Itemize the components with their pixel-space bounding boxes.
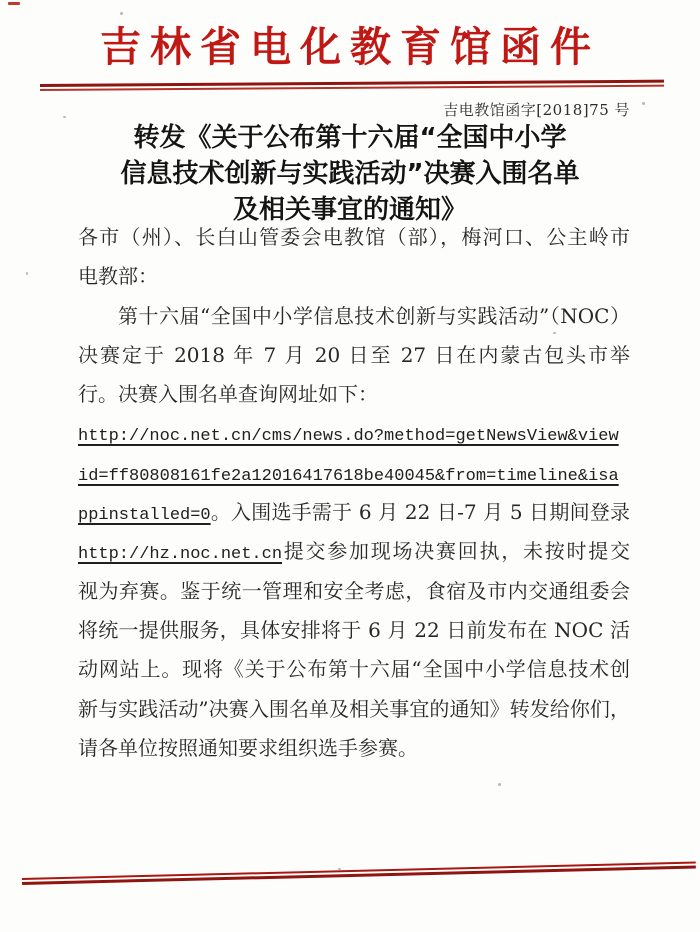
- body-text: 视为弃赛。鉴于统一管理和安全考虑，食宿及市内交通组委会: [78, 579, 630, 603]
- body-line: 将统一提供服务，具体安排将于 6 月 22 日前发布在 NOC 活: [78, 611, 630, 650]
- scan-speck: [8, 2, 20, 5]
- body-line: http://noc.net.cn/cms/news.do?method=get…: [78, 414, 630, 453]
- body-text: 请各单位按照通知要求组织选手参赛。: [78, 736, 418, 760]
- body-line: id=ff80808161fe2a12016417618be40045&from…: [78, 454, 630, 493]
- header-red-divider: [40, 80, 664, 91]
- body-line: 各市（州）、长白山管委会电教馆（部），梅河口、公主岭市: [78, 218, 630, 257]
- body-text: 新与实践活动”决赛入围名单及相关事宜的通知》转发给你们，: [78, 697, 630, 721]
- scan-speck: [338, 868, 341, 870]
- body-text: 第十六届“全国中小学信息技术创新与实践活动”（NOC）: [118, 304, 630, 328]
- body-text: 提交参加现场决赛回执，未按时提交: [282, 539, 630, 563]
- body-text: 将统一提供服务，具体安排将于 6 月 22 日前发布在 NOC 活: [78, 618, 630, 642]
- scan-speck: [26, 272, 28, 275]
- scan-speck: [63, 116, 66, 118]
- title-line: 信息技术创新与实践活动”决赛入围名单: [30, 156, 670, 192]
- scan-speck: [498, 783, 501, 786]
- document-page: 吉林省电化教育馆函件 吉电教馆函字[2018]75 号 转发《关于公布第十六届“…: [0, 0, 700, 932]
- body-line: 行。决赛入围名单查询网址如下：: [78, 375, 630, 414]
- body-text: 。入围选手需于 6 月 22 日-7 月 5 日期间登录: [211, 500, 630, 524]
- body-text: 决赛定于 2018 年 7 月 20 日至 27 日在内蒙古包头市举: [78, 343, 630, 367]
- body-line: 电教部：: [78, 257, 630, 296]
- body-line: http://hz.noc.net.cn提交参加现场决赛回执，未按时提交: [78, 532, 630, 571]
- body-line: 第十六届“全国中小学信息技术创新与实践活动”（NOC）: [78, 297, 630, 336]
- document-title: 转发《关于公布第十六届“全国中小学信息技术创新与实践活动”决赛入围名单及相关事宜…: [30, 120, 670, 228]
- body-line: 决赛定于 2018 年 7 月 20 日至 27 日在内蒙古包头市举: [78, 336, 630, 375]
- scan-speck: [120, 12, 123, 15]
- scan-speck: [642, 102, 645, 105]
- letterhead-title: 吉林省电化教育馆函件: [0, 14, 700, 73]
- footer-red-divider: [22, 862, 696, 885]
- body-text: 动网站上。现将《关于公布第十六届“全国中小学信息技术创: [78, 657, 630, 681]
- document-body: 各市（州）、长白山管委会电教馆（部），梅河口、公主岭市电教部：第十六届“全国中小…: [78, 218, 630, 768]
- body-line: 视为弃赛。鉴于统一管理和安全考虑，食宿及市内交通组委会: [78, 572, 630, 611]
- body-text: 各市（州）、长白山管委会电教馆（部），梅河口、公主岭市: [78, 225, 630, 249]
- scan-speck: [553, 332, 556, 334]
- body-line: ppinstalled=0。入围选手需于 6 月 22 日-7 月 5 日期间登…: [78, 493, 630, 532]
- body-text: 电教部：: [78, 264, 158, 288]
- url-text[interactable]: http://hz.noc.net.cn: [78, 545, 282, 564]
- body-text: 行。决赛入围名单查询网址如下：: [78, 382, 378, 406]
- body-line: 新与实践活动”决赛入围名单及相关事宜的通知》转发给你们，: [78, 690, 630, 729]
- url-text[interactable]: id=ff80808161fe2a12016417618be40045&from…: [78, 467, 619, 486]
- url-text[interactable]: http://noc.net.cn/cms/news.do?method=get…: [78, 427, 619, 446]
- body-line: 请各单位按照通知要求组织选手参赛。: [78, 729, 630, 768]
- body-line: 动网站上。现将《关于公布第十六届“全国中小学信息技术创: [78, 650, 630, 689]
- title-line: 转发《关于公布第十六届“全国中小学: [30, 120, 670, 156]
- document-number: 吉电教馆函字[2018]75 号: [443, 99, 630, 120]
- url-text[interactable]: ppinstalled=0: [78, 506, 211, 525]
